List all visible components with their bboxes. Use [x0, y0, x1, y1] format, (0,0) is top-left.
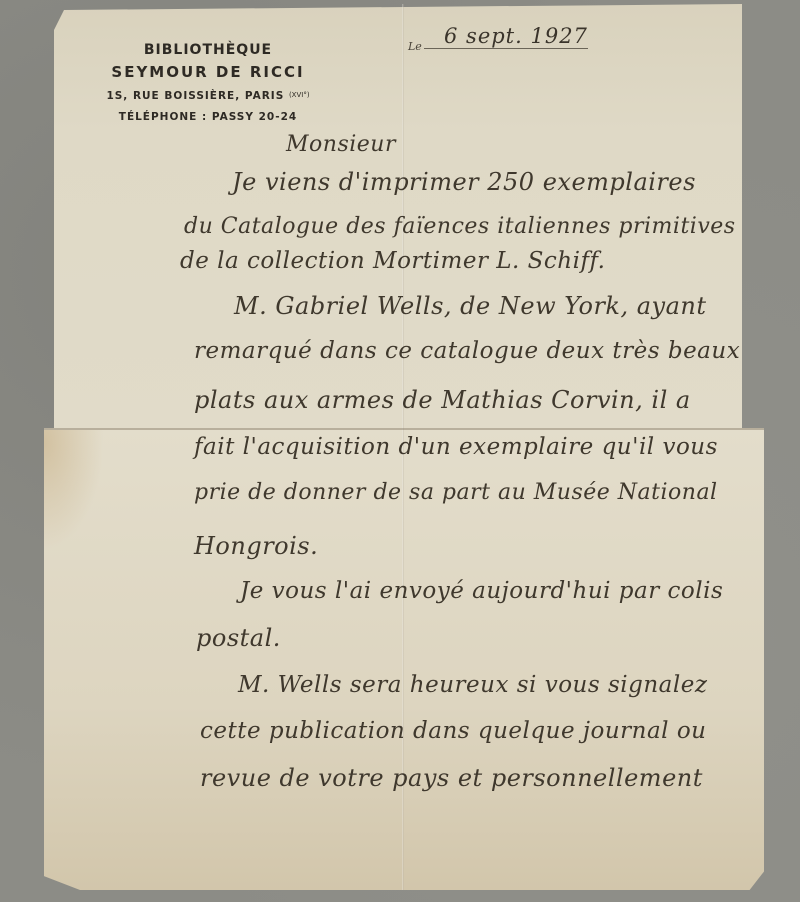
horizontal-fold-crease	[44, 428, 764, 430]
letter-line: M. Gabriel Wells, de New York, ayant	[234, 292, 707, 320]
letter-line: remarqué dans ce catalogue deux très bea…	[194, 338, 740, 364]
letterhead-arrondissement: (XVI°)	[289, 91, 310, 99]
letter-line: Je vous l'ai envoyé aujourd'hui par coli…	[240, 578, 723, 604]
date-rule	[424, 48, 588, 49]
salutation: Monsieur	[286, 132, 396, 157]
letterhead: BIBLIOTHÈQUE SEYMOUR DE RICCI 1S, RUE BO…	[88, 40, 328, 127]
letterhead-library-name: BIBLIOTHÈQUE	[88, 40, 328, 60]
letterhead-telephone: TÉLÉPHONE : PASSY 20-24	[88, 107, 328, 127]
date-value: 6 sept. 1927	[444, 24, 588, 48]
letter-line: fait l'acquisition d'un exemplaire qu'il…	[194, 434, 718, 460]
letter-line: revue de votre pays et personnellement	[200, 764, 703, 792]
letter-line: prie de donner de sa part au Musée Natio…	[194, 480, 718, 505]
letter-line: M. Wells sera heureux si vous signalez	[238, 672, 707, 698]
letterhead-owner-name: SEYMOUR DE RICCI	[88, 60, 328, 84]
letter-line: Je viens d'imprimer 250 exemplaires	[232, 168, 696, 196]
letter-line: postal.	[196, 624, 281, 652]
letter-line: de la collection Mortimer L. Schiff.	[180, 248, 605, 274]
letter-line: plats aux armes de Mathias Corvin, il a	[194, 386, 691, 414]
date-prefix: Le	[408, 40, 422, 53]
paper-stain	[44, 430, 104, 550]
dateline: Le 6 sept. 1927	[408, 24, 588, 54]
letterhead-street: 1S, RUE BOISSIÈRE, PARIS	[106, 90, 284, 102]
letter-line: du Catalogue des faïences italiennes pri…	[184, 214, 736, 239]
letter-line: Hongrois.	[194, 532, 318, 560]
letterhead-address: 1S, RUE BOISSIÈRE, PARIS (XVI°)	[88, 84, 328, 107]
letter-sheet: BIBLIOTHÈQUE SEYMOUR DE RICCI 1S, RUE BO…	[0, 0, 800, 902]
letter-line: cette publication dans quelque journal o…	[200, 718, 707, 744]
